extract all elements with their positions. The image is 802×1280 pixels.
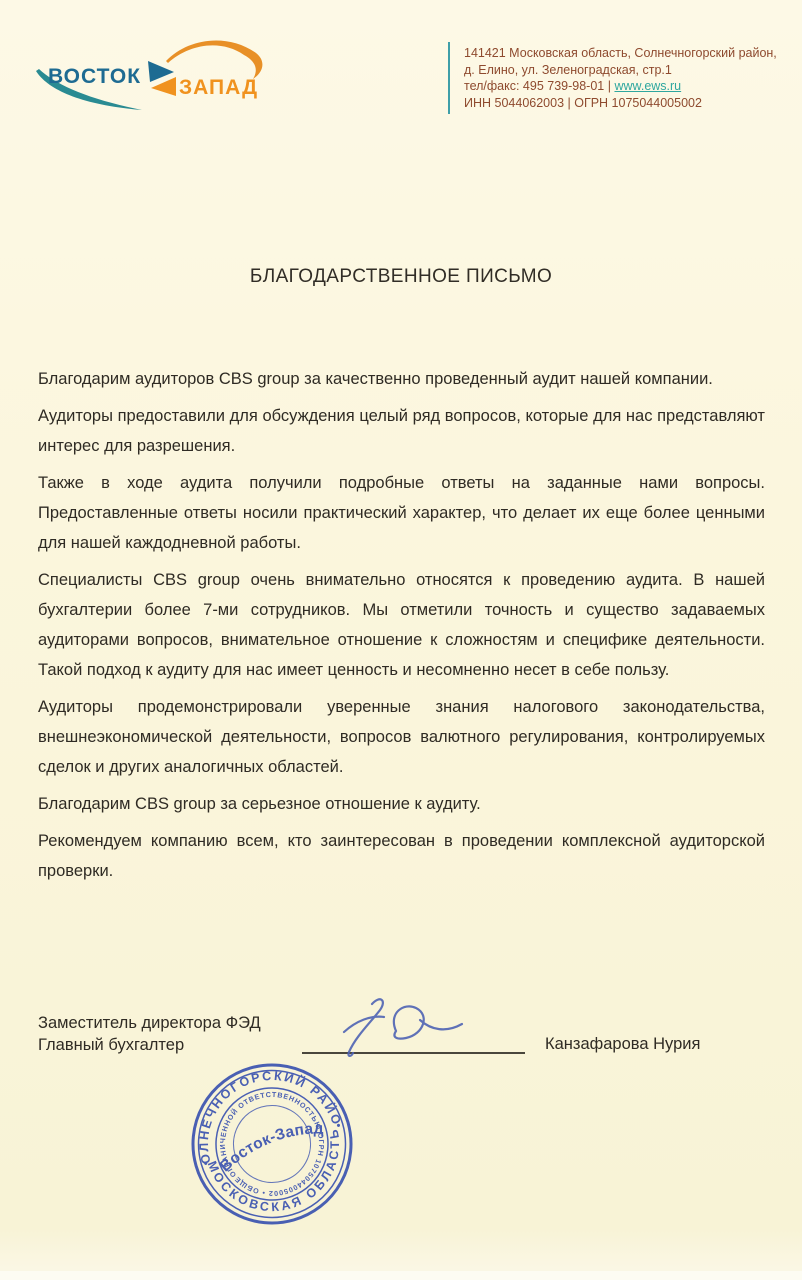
paragraph: Специалисты CBS group очень внимательно … (38, 565, 765, 685)
logo-word-west: ЗАПАД (179, 76, 258, 99)
registration-ids: ИНН 5044062003 | ОГРН 1075044005002 (464, 95, 780, 112)
paragraph: Рекомендуем компанию всем, кто заинтерес… (38, 826, 765, 886)
scan-edge (0, 1271, 802, 1280)
phone-line: тел/факс: 495 739-98-01 | www.ews.ru (464, 78, 780, 95)
phone-text: тел/факс: 495 739-98-01 | (464, 79, 614, 93)
signatory-role-1: Заместитель директора ФЭД (38, 1013, 261, 1035)
address-line-2: д. Елино, ул. Зеленоградская, стр.1 (464, 62, 780, 79)
company-logo: ВОСТОК ЗАПАД (30, 30, 290, 125)
paragraph: Аудиторы предоставили для обсуждения цел… (38, 401, 765, 461)
scanned-letter-page: ВОСТОК ЗАПАД 141421 Московская область, … (0, 0, 802, 1280)
company-contact-block: 141421 Московская область, Солнечногорск… (448, 42, 780, 114)
logo-swoosh-orange-icon (166, 41, 262, 79)
letter-title: БЛАГОДАРСТВЕННОЕ ПИСЬМО (0, 266, 802, 288)
paragraph: Благодарим аудиторов CBS group за качест… (38, 364, 765, 394)
logo-word-east: ВОСТОК (48, 65, 141, 88)
handwritten-signature (338, 996, 470, 1060)
address-line-1: 141421 Московская область, Солнечногорск… (464, 45, 780, 62)
company-stamp: СОЛНЕЧНОГОРСКИЙ РАЙОН МОСКОВСКАЯ ОБЛАСТЬ… (186, 1058, 358, 1230)
logo-arrow-blue-icon (148, 61, 174, 82)
paragraph: Благодарим CBS group за серьезное отноше… (38, 789, 765, 819)
website-link[interactable]: www.ews.ru (614, 79, 681, 93)
paragraph: Также в ходе аудита получили подробные о… (38, 468, 765, 558)
signatory-name: Канзафарова Нурия (545, 1035, 700, 1054)
signatory-role-2: Главный бухгалтер (38, 1035, 261, 1057)
signatory-roles: Заместитель директора ФЭД Главный бухгал… (38, 1013, 261, 1056)
paragraph: Аудиторы продемонстрировали уверенные зн… (38, 692, 765, 782)
letter-body: Благодарим аудиторов CBS group за качест… (38, 364, 765, 893)
